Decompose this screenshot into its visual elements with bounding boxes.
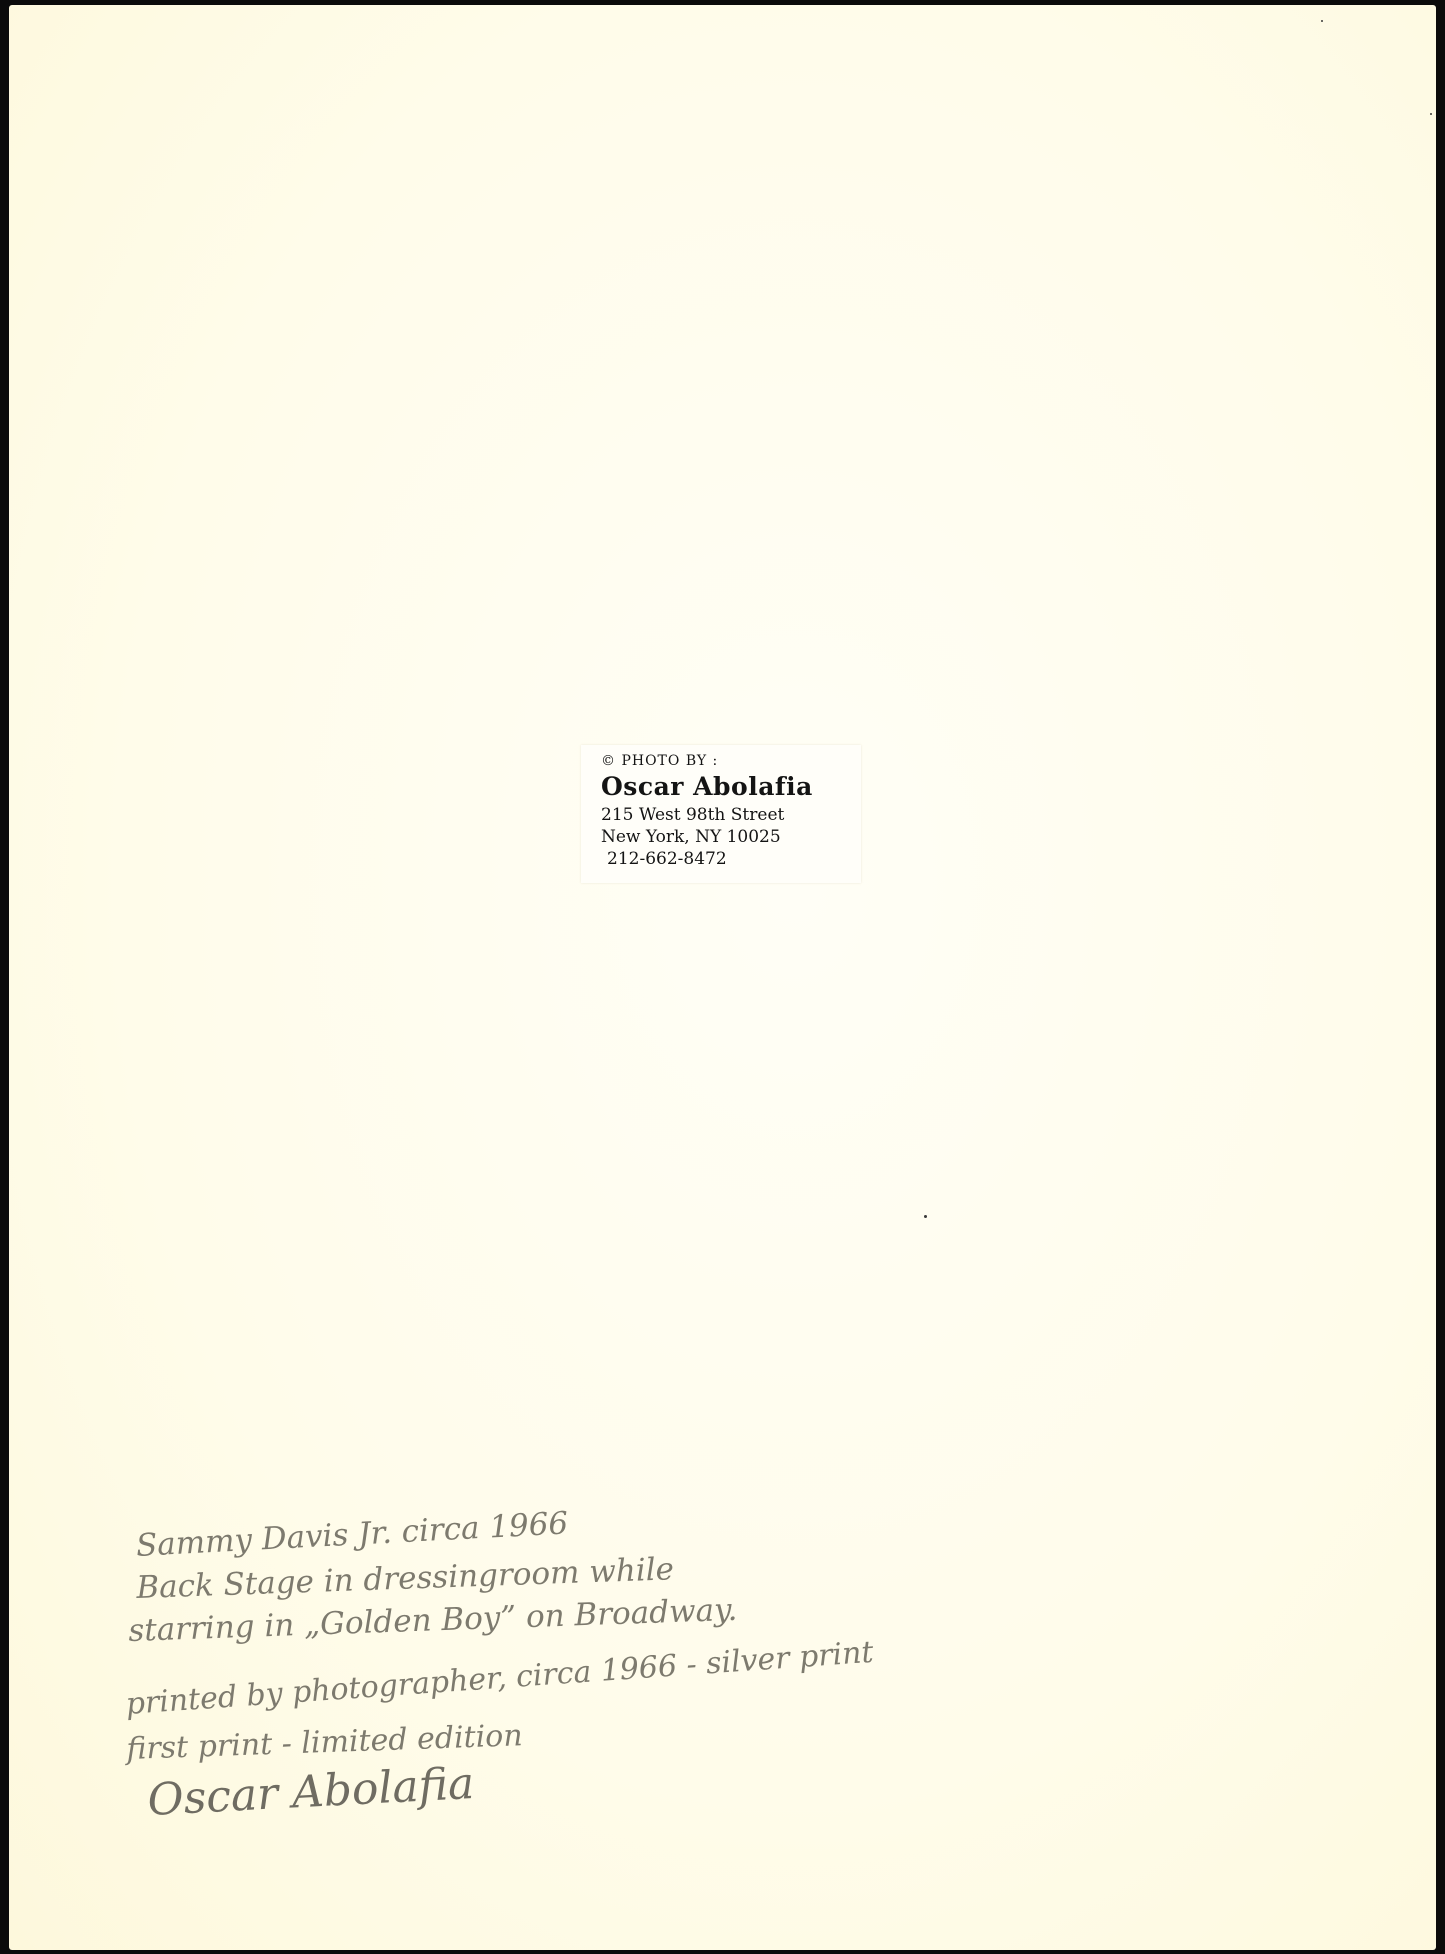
handwritten-subject: Sammy Davis Jr. circa 1966: [135, 1505, 569, 1564]
copyright-label: © PHOTO BY :: [601, 753, 718, 769]
dust-speck: [1430, 113, 1432, 115]
photographer-name: Oscar Abolafia: [601, 772, 813, 801]
photographer-stamp: © PHOTO BY : Oscar Abolafia 215 West 98t…: [581, 745, 861, 883]
phone-number: 212-662-8472: [607, 849, 727, 869]
dust-speck: [1321, 20, 1323, 22]
signature: Oscar Abolafia: [146, 1758, 475, 1826]
address-street: 215 West 98th Street: [601, 805, 784, 825]
address-city: New York, NY 10025: [601, 827, 781, 847]
dust-speck: [924, 1215, 927, 1218]
handwritten-print-info: printed by photographer, circa 1966 - si…: [125, 1635, 875, 1722]
photo-back-paper: © PHOTO BY : Oscar Abolafia 215 West 98t…: [9, 5, 1436, 1950]
